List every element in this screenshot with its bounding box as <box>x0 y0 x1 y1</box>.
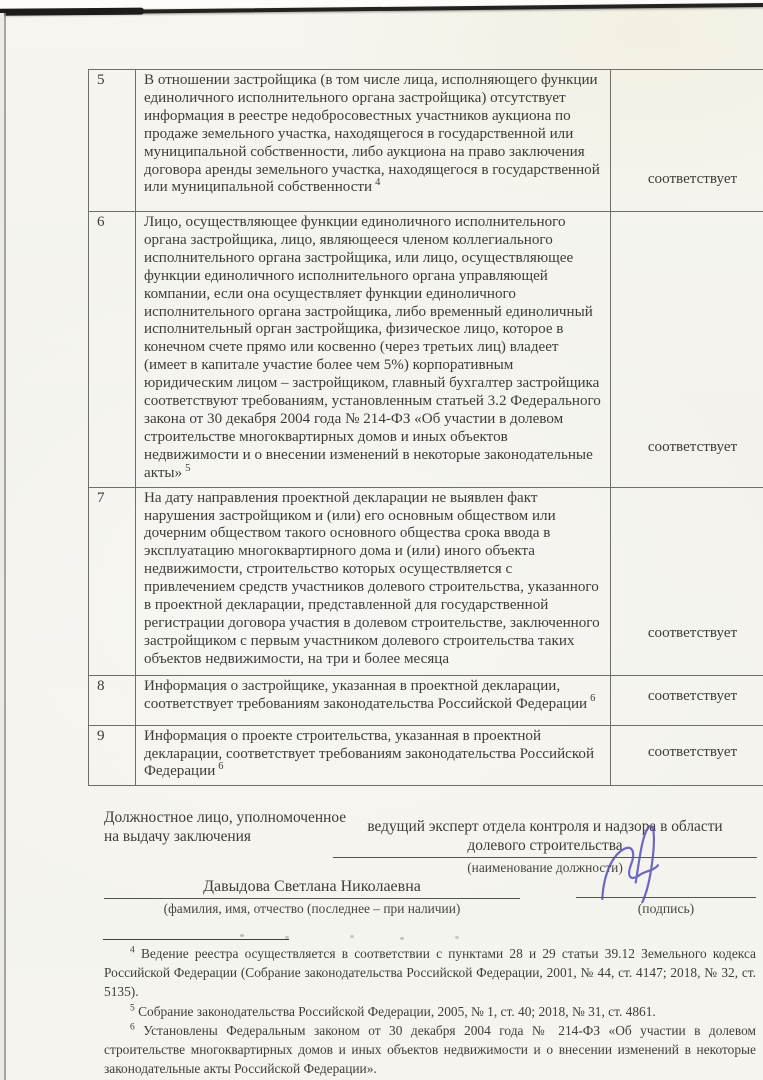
position-caption: (наименование должности) <box>333 860 757 876</box>
position-underline <box>333 857 757 858</box>
position-title-line1: ведущий эксперт отдела контроля и надзор… <box>333 817 757 836</box>
table-row: 9 Информация о проекте строительства, ук… <box>89 725 763 786</box>
footnote-4-text: Ведение реестра осуществляется в соответ… <box>104 946 756 999</box>
footnote-5-number: 5 <box>130 1003 135 1013</box>
table-row: 6 Лицо, осуществляющее функции единоличн… <box>89 212 763 488</box>
status-value: соответствует <box>611 212 763 488</box>
requirement-text-body: Информация о проекте строительства, указ… <box>144 728 594 780</box>
row-number: 5 <box>89 70 136 212</box>
footnote-6-number: 6 <box>130 1022 135 1032</box>
status-value: соответствует <box>611 487 763 675</box>
table-row: 5 В отношении застройщика (в том числе л… <box>89 70 763 212</box>
footnote-6-text: Установлены Федеральным законом от 30 де… <box>104 1023 756 1076</box>
row-number: 7 <box>89 487 136 675</box>
requirement-text-body: Информация о застройщике, указанная в пр… <box>144 678 587 712</box>
position-title: ведущий эксперт отдела контроля и надзор… <box>333 817 757 855</box>
footnote-marker: 4 <box>375 177 380 188</box>
row-number: 6 <box>89 212 136 488</box>
position-title-line2: долевого строительства <box>333 836 757 855</box>
requirement-text: В отношении застройщика (в том числе лиц… <box>136 70 611 212</box>
footnote-6: 6 Установлены Федеральным законом от 30 … <box>104 1021 756 1079</box>
status-value: соответствует <box>611 70 763 212</box>
footnote-marker: 5 <box>185 463 190 474</box>
row-number: 9 <box>89 725 136 786</box>
scan-edge-left <box>4 13 6 1080</box>
status-value: соответствует <box>611 725 763 786</box>
table-row: 7 На дату направления проектной декларац… <box>89 487 763 675</box>
requirement-text: Информация о проекте строительства, указ… <box>136 725 611 786</box>
status-value: соответствует <box>611 675 763 725</box>
footnote-marker: 6 <box>218 761 223 772</box>
footnotes-section: 4 Ведение реестра осуществляется в соотв… <box>104 944 756 1078</box>
requirement-text: Информация о застройщике, указанная в пр… <box>136 675 611 725</box>
requirement-text: Лицо, осуществляющее функции единоличног… <box>136 212 611 488</box>
footnote-5: 5 Собрание законодательства Российской Ф… <box>104 1002 756 1021</box>
footnote-4-number: 4 <box>130 946 135 956</box>
pencil-marks <box>240 934 244 937</box>
footnote-marker: 6 <box>590 693 595 704</box>
requirement-text-body: В отношении застройщика (в том числе лиц… <box>144 72 600 195</box>
signature-underline <box>576 897 756 898</box>
compliance-table: 5 В отношении застройщика (в том числе л… <box>88 69 729 786</box>
name-underline <box>104 898 520 899</box>
footnote-4: 4 Ведение реестра осуществляется в соотв… <box>104 944 756 1002</box>
table-row: 8 Информация о застройщике, указанная в … <box>89 675 763 725</box>
signature-caption: (подпись) <box>576 901 756 917</box>
name-caption: (фамилия, имя, отчество (последнее – при… <box>104 901 520 917</box>
row-number: 8 <box>89 675 136 725</box>
footnote-5-text: Собрание законодательства Российской Фед… <box>138 1004 656 1019</box>
requirement-text-body: Лицо, осуществляющее функции единоличног… <box>144 214 601 481</box>
footnote-separator <box>103 939 289 940</box>
scanned-document-page: { "colors": { "paper": "#f5f4ee", "ink":… <box>0 0 763 1080</box>
requirement-text-body: На дату направления проектной декларации… <box>144 490 600 667</box>
signatory-name: Давыдова Светлана Николаевна <box>104 878 520 896</box>
requirement-text: На дату направления проектной декларации… <box>136 487 611 675</box>
